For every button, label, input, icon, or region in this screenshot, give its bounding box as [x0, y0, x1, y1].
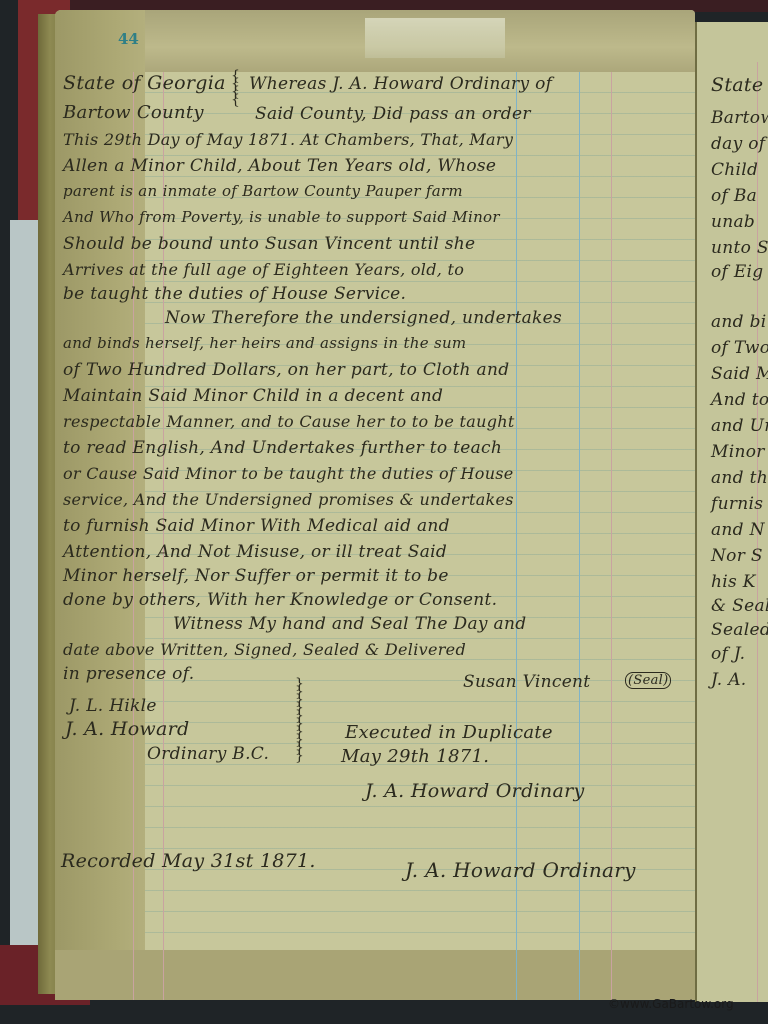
ledger-page-right-facing: State Bartow day of Child of Ba unab unt… [695, 22, 768, 1002]
text-line: Said County, Did pass an order [255, 104, 531, 124]
text-line: be taught the duties of House Service. [63, 284, 406, 304]
text-line: Witness My hand and Seal The Day and [173, 614, 526, 634]
text-line: Whereas J. A. Howard Ordinary of [249, 74, 552, 94]
execution-date: May 29th 1871. [341, 746, 489, 767]
recorded-signature: J. A. Howard Ordinary [405, 858, 636, 882]
text-line: respectable Manner, and to Cause her to … [63, 412, 515, 431]
facing-fragment: his K [711, 572, 756, 592]
recorded-date: Recorded May 31st 1871. [61, 850, 316, 872]
text-line: Attention, And Not Misuse, or ill treat … [63, 542, 447, 562]
facing-fragment: of Ba [711, 186, 757, 206]
facing-fragment: And to [711, 390, 768, 410]
text-line: And Who from Poverty, is unable to suppo… [63, 208, 500, 226]
facing-fragment: J. A. [711, 670, 746, 690]
witness-name: J. A. Howard [65, 718, 189, 740]
facing-fragment: unto S [711, 238, 768, 258]
facing-fragment: and th [711, 468, 768, 488]
facing-fragment: Sealed [711, 620, 768, 640]
book-cover-light-edge [10, 220, 40, 950]
facing-fragment: of J. [711, 644, 745, 664]
facing-fragment: and bi [711, 312, 767, 332]
header-county: Bartow County [63, 102, 204, 123]
text-line: Now Therefore the undersigned, undertake… [165, 308, 562, 328]
header-state: State of Georgia [63, 72, 226, 94]
copyright-watermark: ©www.GaBartow.org [608, 997, 734, 1011]
facing-fragment: Nor S [711, 546, 763, 566]
text-line: parent is an inmate of Bartow County Pau… [63, 182, 463, 200]
seal-mark: (Seal) [625, 672, 671, 689]
ruled-lines [145, 72, 695, 950]
text-line: Allen a Minor Child, About Ten Years old… [63, 156, 496, 176]
facing-fragment: Child [711, 160, 758, 180]
repair-tape-bottom [55, 950, 695, 1000]
facing-fragment: Bartow [711, 108, 768, 128]
facing-fragment: & Seal [711, 596, 768, 616]
text-line: Maintain Said Minor Child in a decent an… [63, 386, 443, 406]
text-line: This 29th Day of May 1871. At Chambers, … [63, 130, 513, 149]
tape-glare [365, 18, 505, 58]
facing-fragment: unab [711, 212, 755, 232]
brace-icon: {{{{ [231, 72, 240, 104]
execution-signature: J. A. Howard Ordinary [365, 780, 584, 802]
execution-note: Executed in Duplicate [345, 722, 553, 743]
witness-title: Ordinary B.C. [147, 744, 269, 764]
page-number: 44 [118, 30, 139, 48]
text-line: or Cause Said Minor to be taught the dut… [63, 464, 514, 483]
facing-fragment: and Un [711, 416, 768, 436]
facing-fragment: State [711, 74, 763, 96]
text-line: to read English, And Undertakes further … [63, 438, 502, 458]
text-line: Arrives at the full age of Eighteen Year… [63, 260, 464, 279]
text-line: date above Written, Signed, Sealed & Del… [63, 640, 466, 659]
text-line: service, And the Undersigned promises & … [63, 490, 514, 509]
facing-fragment: furnis [711, 494, 763, 514]
ledger-page-left: 44 State of Georgia Bartow County {{{{ W… [55, 10, 695, 1000]
text-line: to furnish Said Minor With Medical aid a… [63, 516, 450, 536]
text-line: in presence of. [63, 664, 194, 684]
repair-tape-top [55, 10, 695, 72]
brace-icon: }}}}}}}}}} [295, 680, 304, 760]
text-line: and binds herself, her heirs and assigns… [63, 334, 466, 352]
facing-fragment: of Two [711, 338, 768, 358]
text-line: Should be bound unto Susan Vincent until… [63, 234, 475, 254]
facing-fragment: day of [711, 134, 765, 154]
facing-fragment: Said M [711, 364, 768, 384]
facing-fragment: Minor [711, 442, 765, 462]
text-line: of Two Hundred Dollars, on her part, to … [63, 360, 509, 380]
text-line: Minor herself, Nor Suffer or permit it t… [63, 566, 449, 586]
facing-fragment: of Eig [711, 262, 763, 282]
signature-susan-vincent: Susan Vincent [463, 672, 590, 692]
text-line: done by others, With her Knowledge or Co… [63, 590, 497, 610]
witness-name: J. L. Hikle [69, 696, 157, 716]
facing-fragment: and N [711, 520, 765, 540]
